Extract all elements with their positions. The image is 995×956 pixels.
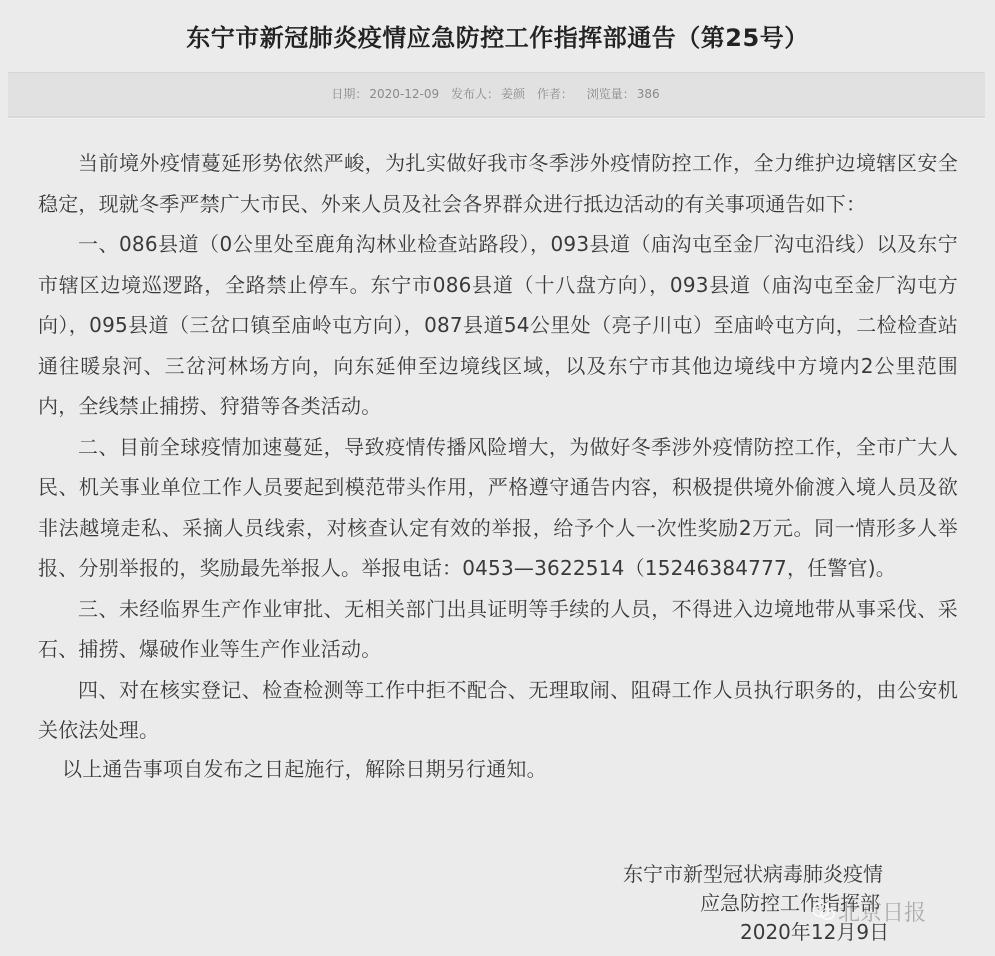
article-body: 当前境外疫情蔓延形势依然严峻，为扎实做好我市冬季涉外疫情防控工作，全力维护边境辖…	[38, 143, 958, 787]
signature-org-line2: 应急防控工作指挥部	[635, 889, 935, 918]
article-meta-bar: 日期：2020-12-09 发布人：姜颜 作者： 浏览量：386	[8, 72, 985, 118]
signature-block: 东宁市新型冠状病毒肺炎疫情 应急防控工作指挥部 2020年12月9日	[635, 860, 935, 947]
paragraph-item-3: 三、未经临界生产作业审批、无相关部门出具证明等手续的人员，不得进入边境地带从事采…	[38, 589, 958, 670]
paragraph-item-4: 四、对在核实登记、检查检测等工作中拒不配合、无理取闹、阻碍工作人员执行职务的，由…	[38, 670, 958, 751]
signature-date: 2020年12月9日	[635, 918, 935, 947]
views-value: 386	[637, 87, 660, 101]
paragraph-closing: 以上通告事项自发布之日起施行，解除日期另行通知。	[38, 751, 958, 787]
signature-org-line1: 东宁市新型冠状病毒肺炎疫情	[623, 860, 935, 889]
publisher-value: 姜颜	[501, 87, 525, 101]
author-label: 作者：	[537, 87, 573, 101]
paragraph-item-1: 一、086县道（0公里处至鹿角沟林业检查站路段），093县道（庙沟屯至金厂沟屯沿…	[38, 224, 958, 427]
views-label: 浏览量：	[587, 87, 635, 101]
publisher-label: 发布人：	[451, 87, 499, 101]
paragraph-intro: 当前境外疫情蔓延形势依然严峻，为扎实做好我市冬季涉外疫情防控工作，全力维护边境辖…	[38, 143, 958, 224]
article-title: 东宁市新冠肺炎疫情应急防控工作指挥部通告（第25号）	[0, 18, 995, 58]
paragraph-item-2: 二、目前全球疫情加速蔓延，导致疫情传播风险增大，为做好冬季涉外疫情防控工作，全市…	[38, 427, 958, 589]
date-label: 日期：	[331, 87, 367, 101]
date-value: 2020-12-09	[369, 87, 439, 101]
